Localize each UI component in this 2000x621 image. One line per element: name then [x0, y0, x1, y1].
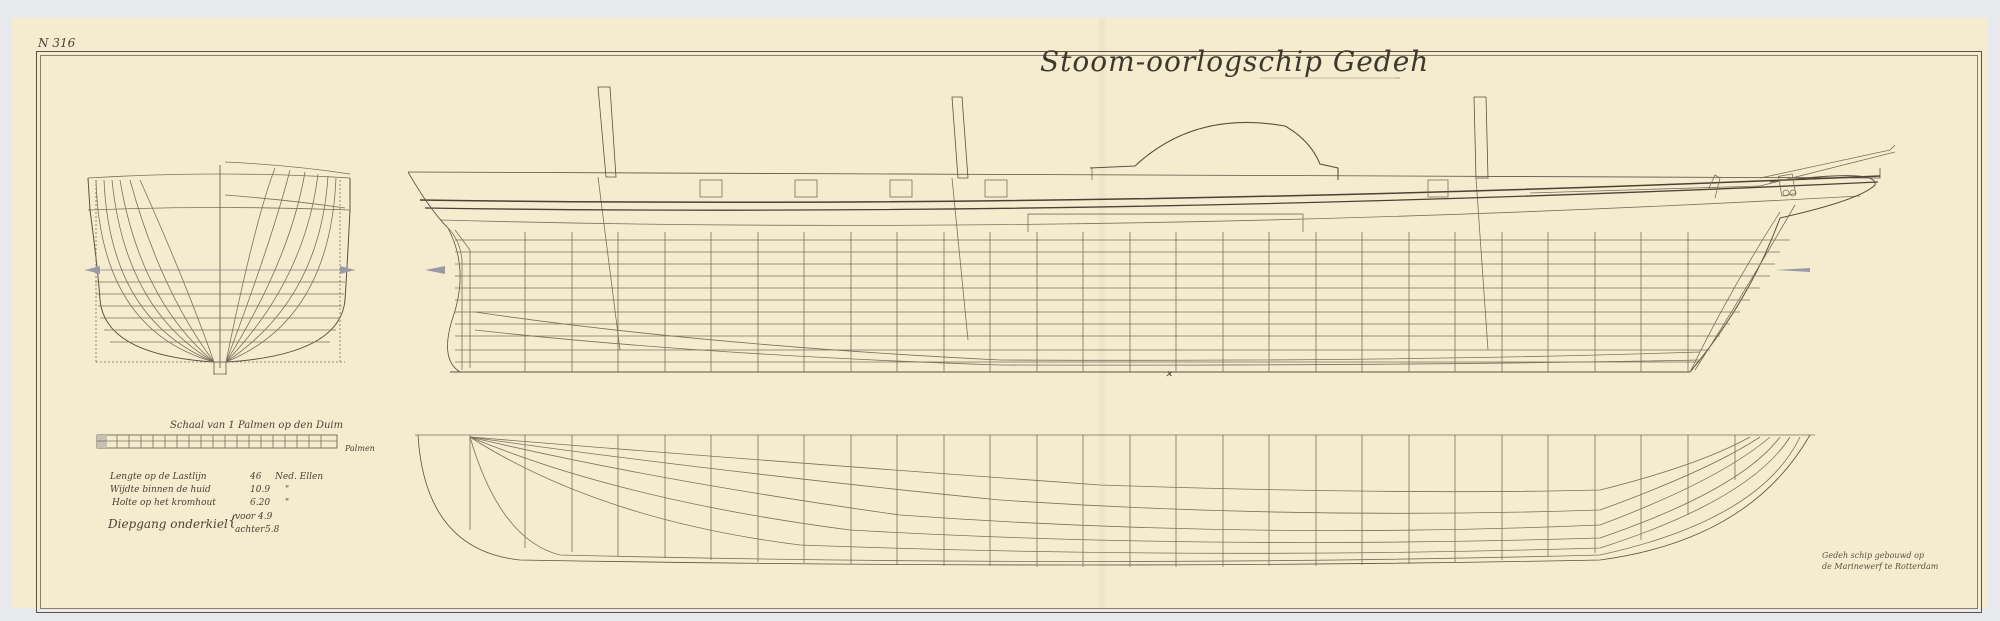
draught-label: Diepgang onderkiel [108, 517, 228, 531]
drawing-title: Stoom-oorlogschip Gedeh [1040, 45, 1429, 78]
draught-aft-label: achter [235, 525, 264, 535]
archive-note-line1: Gedeh schip gebouwd op [1822, 551, 1924, 560]
dim-unit: " [285, 485, 289, 495]
draught-fore-label: voor [235, 512, 255, 522]
scale-unit: Palmen [345, 444, 375, 453]
archive-note-line2: de Marinewerf te Rotterdam [1822, 562, 1938, 571]
dim-label: Holte op het kromhout [112, 498, 216, 508]
scale-bar [97, 435, 337, 448]
dim-unit: Ned. Ellen [275, 472, 323, 482]
dim-value: 6.20 [250, 498, 270, 508]
draught-fore-value: 4.9 [258, 512, 272, 522]
dim-unit: " [285, 498, 289, 508]
dim-value: 10.9 [250, 485, 270, 495]
dim-label: Wijdte binnen de huid [110, 485, 211, 495]
dim-label: Lengte op de Lastlijn [110, 472, 207, 482]
half-breadth-view [415, 435, 1815, 567]
sheer-plan-view [408, 87, 1895, 372]
dim-value: 46 [250, 472, 261, 482]
scale-label: Schaal van 1 Palmen op den Duim [170, 420, 343, 431]
plate-number: N 316 [38, 36, 75, 50]
midship-mark: ✕ [1165, 370, 1173, 380]
body-plan-view [85, 162, 355, 375]
draught-aft-value: 5.8 [265, 525, 279, 535]
ship-drawing [0, 0, 2000, 621]
